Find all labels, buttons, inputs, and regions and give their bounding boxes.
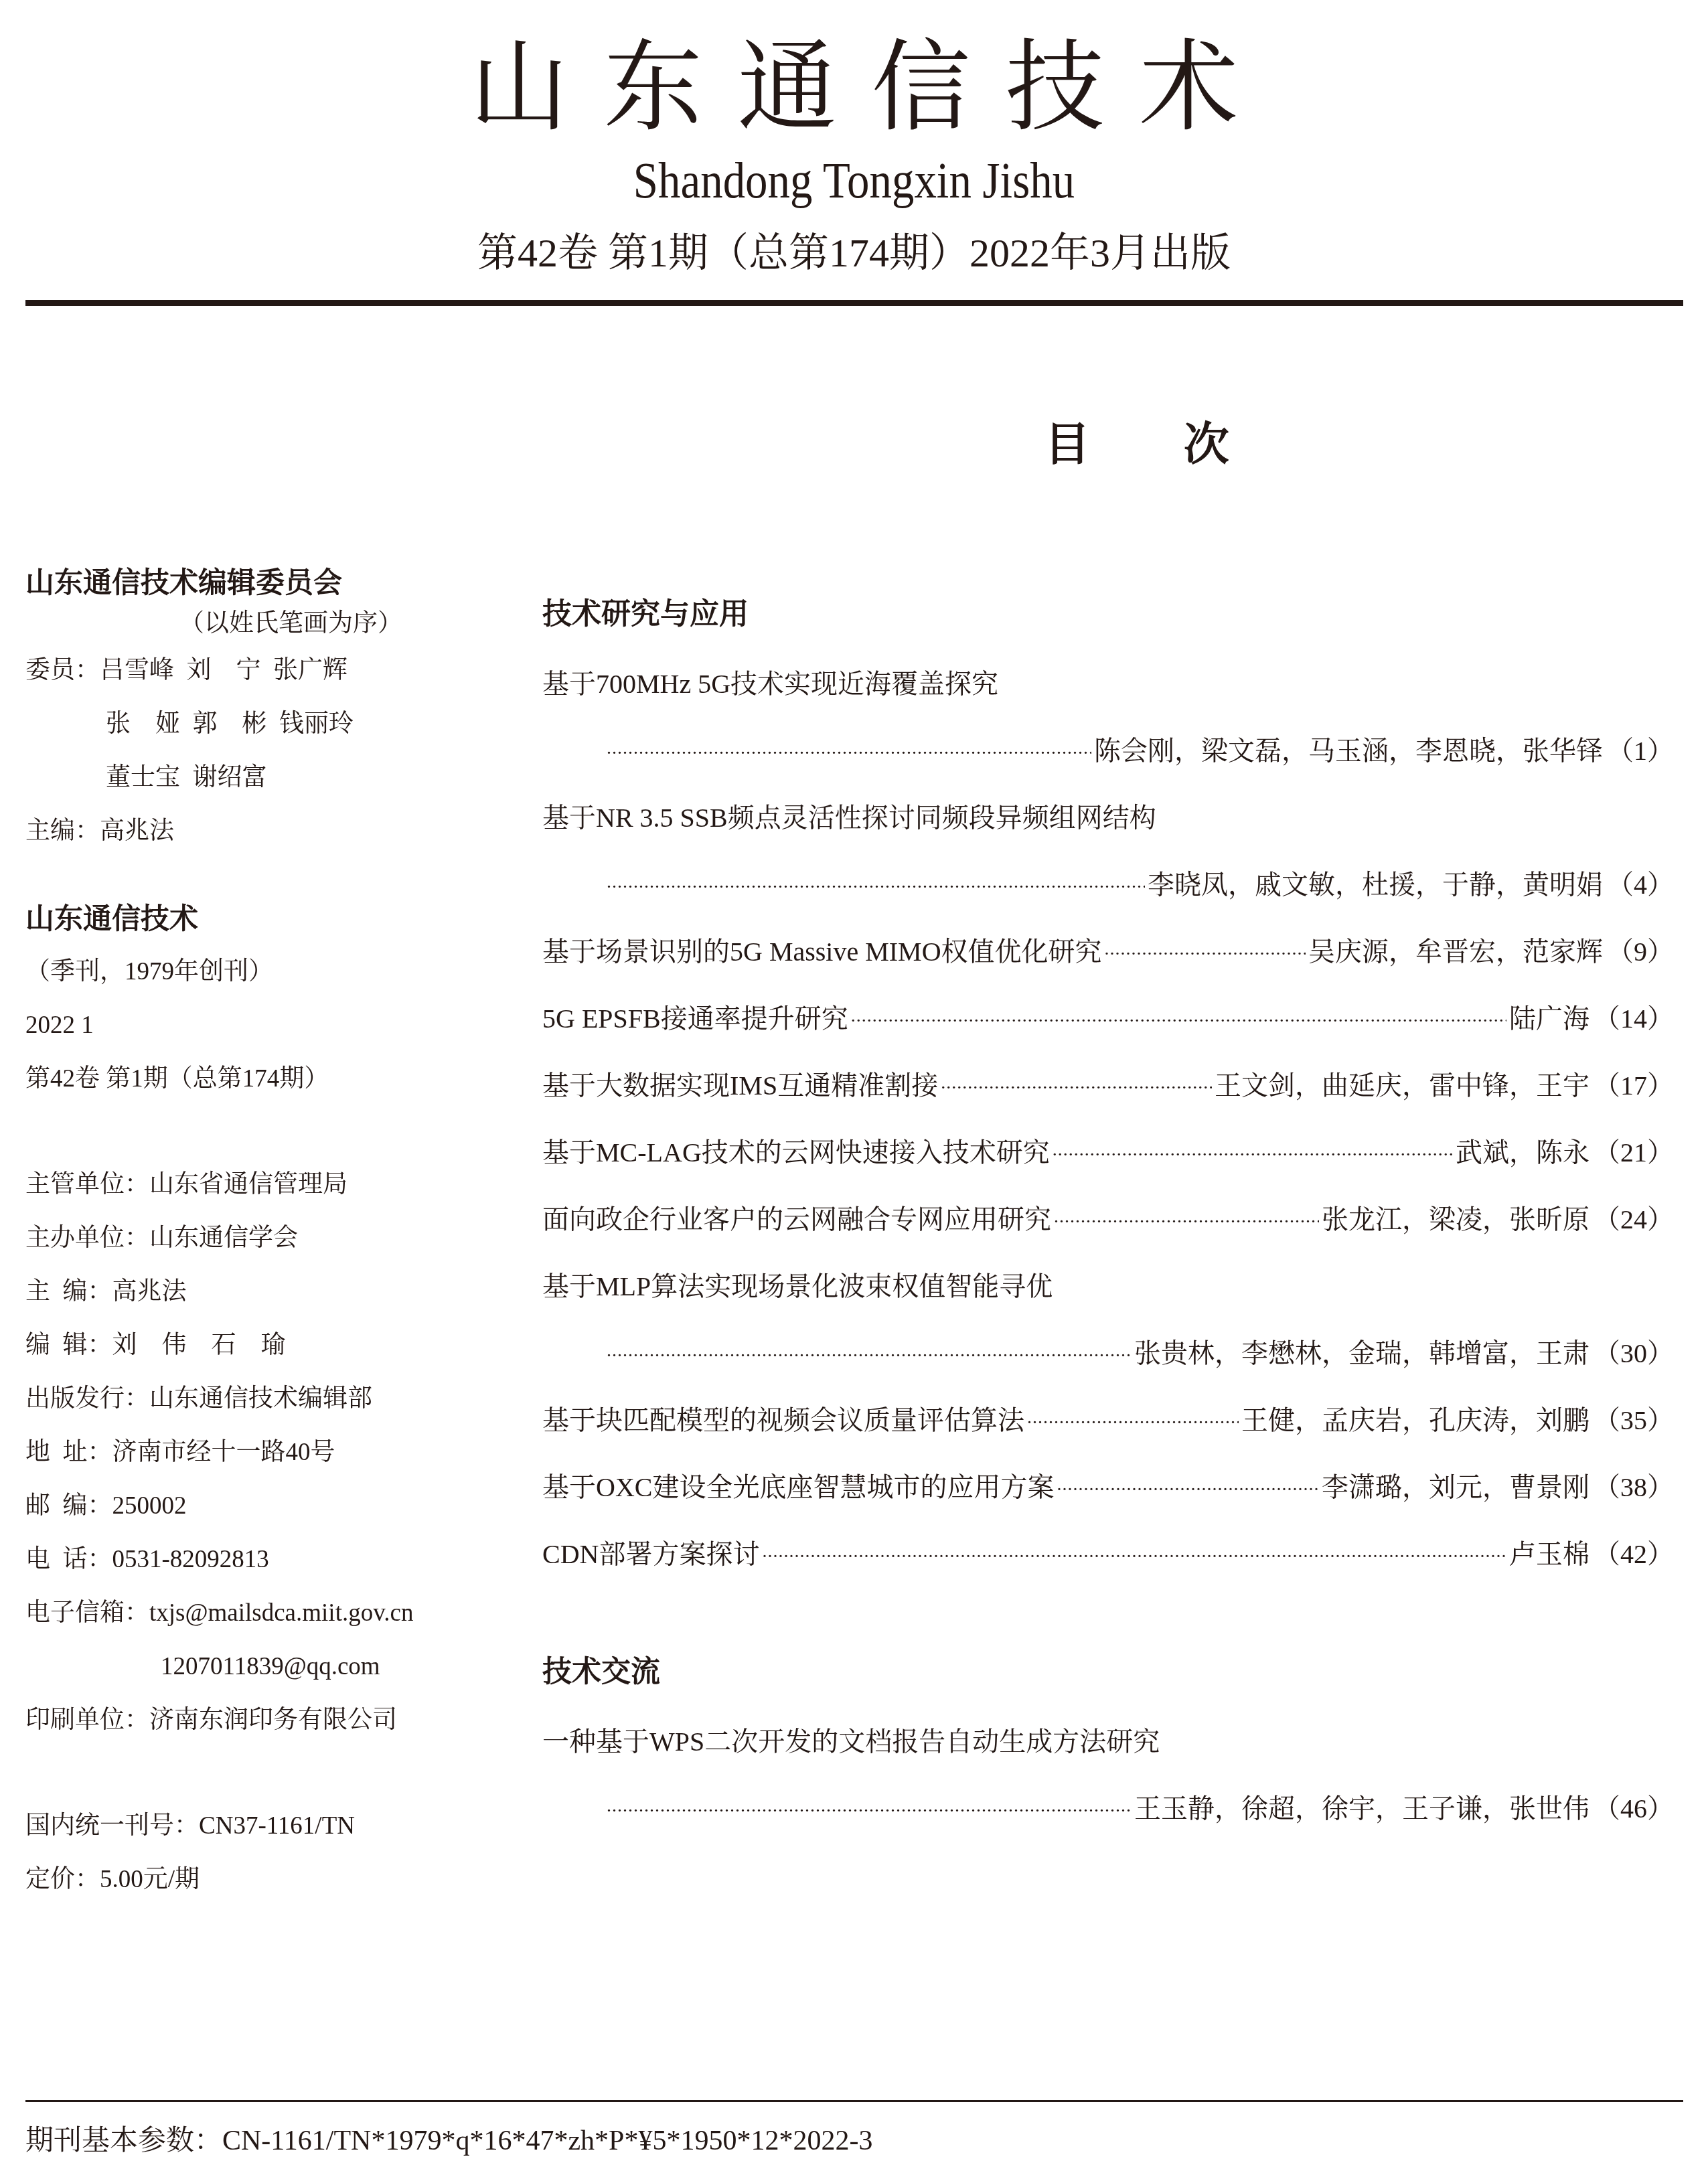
info-row: 编 辑：刘 伟 石 瑜 — [25, 1319, 508, 1372]
article-authors: 陆广海 — [1509, 997, 1589, 1036]
article-title[interactable]: 基于MC-LAG技术的云网快速接入技术研究 — [542, 1131, 1050, 1170]
info-value: 高兆法 — [112, 1279, 187, 1305]
price-row: 定价：5.00元/期 — [25, 1853, 508, 1907]
info-value: 0531-82092813 — [112, 1546, 269, 1573]
info-row: 主办单位：山东通信学会 — [25, 1212, 508, 1265]
article-authors: 王文剑，曲延庆，雷中锋，王宇 — [1215, 1064, 1589, 1103]
toc-entry[interactable]: 基于大数据实现IMS互通精准割接 王文剑，曲延庆，雷中锋，王宇（17） — [542, 1050, 1674, 1117]
toc-entry-title[interactable]: 基于MLP算法实现场景化波束权值智能寻优 — [542, 1251, 1674, 1317]
committee-members-row: 董士宝 谢绍富 — [25, 751, 508, 805]
table-of-contents: 技术研究与应用 基于700MHz 5G技术实现近海覆盖探究 陈会刚，梁文磊，马玉… — [542, 581, 1674, 1840]
toc-entry[interactable]: 基于场景识别的5G Massive MIMO权值优化研究吴庆源，牟晋宏，范家辉（… — [542, 916, 1674, 983]
committee-chief-editor: 主编： 高兆法 — [25, 805, 508, 858]
chief-editor-label: 主编： — [25, 818, 100, 845]
article-page: （46） — [1594, 1787, 1674, 1826]
info-label: 编 辑： — [25, 1332, 112, 1359]
toc-entry-byline: 张贵林，李懋林，金瑞，韩增富，王肃（30） — [542, 1317, 1674, 1384]
article-page: （17） — [1594, 1064, 1674, 1103]
article-title[interactable]: 基于NR 3.5 SSB频点灵活性探讨同频段异频组网结构 — [542, 797, 1156, 835]
info-row: 印刷单位：济南东润印务有限公司 — [25, 1694, 508, 1747]
toc-entry[interactable]: 5G EPSFB接通率提升研究陆广海（14） — [542, 983, 1674, 1050]
article-authors: 张贵林，李懋林，金瑞，韩增富，王肃 — [1134, 1332, 1589, 1370]
leader-dots — [1105, 936, 1306, 963]
info-value: 刘 伟 石 瑜 — [112, 1332, 286, 1359]
leader-dots — [1054, 1204, 1319, 1230]
toc-entry[interactable]: 基于MC-LAG技术的云网快速接入技术研究武斌，陈永（21） — [542, 1117, 1674, 1184]
header-rule — [25, 300, 1683, 306]
info-value: 济南市经十一路40号 — [112, 1439, 335, 1466]
chief-editor-name: 高兆法 — [100, 818, 174, 845]
committee-heading: 山东通信技术编辑委员会 — [25, 562, 508, 604]
article-page: （1） — [1607, 730, 1674, 768]
toc-entry-byline: 李晓凤，戚文敏，杜援，于静，黄明娟（4） — [542, 849, 1674, 916]
info-value: 250002 — [112, 1493, 187, 1520]
info-row-email: 1207011839@qq.com — [25, 1640, 508, 1694]
info-row: 出版发行：山东通信技术编辑部 — [25, 1372, 508, 1426]
toc-entry-title[interactable]: 基于700MHz 5G技术实现近海覆盖探究 — [542, 648, 1674, 715]
info-row: 电 话：0531-82092813 — [25, 1533, 508, 1587]
info-row: 邮 编：250002 — [25, 1479, 508, 1533]
journal-frequency: （季刊，1979年创刊） — [25, 945, 508, 999]
article-page: （9） — [1607, 931, 1674, 969]
price-label: 定价： — [25, 1866, 100, 1893]
article-title[interactable]: 5G EPSFB接通率提升研究 — [542, 997, 848, 1036]
info-label: 电 话： — [25, 1546, 112, 1573]
article-authors: 吴庆源，牟晋宏，范家辉 — [1308, 931, 1603, 969]
info-row: 主 编：高兆法 — [25, 1265, 508, 1319]
toc-entry-title[interactable]: 一种基于WPS二次开发的文档报告自动生成方法研究 — [542, 1706, 1674, 1773]
article-title[interactable]: 面向政企行业客户的云网融合专网应用研究 — [542, 1198, 1051, 1236]
info-value: 山东通信学会 — [149, 1225, 298, 1252]
committee-members-row: 张 娅 郭 彬 钱丽玲 — [25, 698, 508, 751]
members-label: 委员： — [25, 657, 100, 684]
toc-entry-title[interactable]: 基于NR 3.5 SSB频点灵活性探讨同频段异频组网结构 — [542, 782, 1674, 849]
article-authors: 武斌，陈永 — [1456, 1131, 1589, 1170]
leader-dots — [1053, 1137, 1453, 1163]
toc-entry[interactable]: 基于块匹配模型的视频会议质量评估算法 王健，孟庆岩，孔庆涛，刘鹏（35） — [542, 1384, 1674, 1451]
leader-dots — [1027, 1404, 1239, 1431]
toc-entry-byline: 陈会刚，梁文磊，马玉涵，李恩晓，张华铎（1） — [542, 715, 1674, 782]
leader-dots — [607, 1338, 1132, 1364]
article-title[interactable]: 基于块匹配模型的视频会议质量评估算法 — [542, 1399, 1024, 1437]
info-row: 地 址：济南市经十一路40号 — [25, 1426, 508, 1479]
info-label: 主 编： — [25, 1279, 112, 1305]
leader-dots — [762, 1538, 1506, 1565]
issn-row: 国内统一刊号：CN37-1161/TN — [25, 1799, 508, 1853]
article-authors: 李晓凤，戚文敏，杜援，于静，黄明娟 — [1148, 864, 1603, 902]
email-primary: txjs@mailsdca.miit.gov.cn — [149, 1600, 413, 1627]
toc-entry[interactable]: 面向政企行业客户的云网融合专网应用研究张龙江，梁凌，张昕原（24） — [542, 1184, 1674, 1251]
article-page: （21） — [1594, 1131, 1674, 1170]
article-page: （38） — [1594, 1466, 1674, 1504]
journal-heading: 山东通信技术 — [25, 898, 508, 945]
article-title[interactable]: CDN部署方案探讨 — [542, 1533, 759, 1571]
section-heading: 技术交流 — [542, 1639, 1674, 1706]
article-authors: 李潇璐，刘元，曹景刚 — [1322, 1466, 1589, 1504]
info-value: 山东省通信管理局 — [149, 1172, 347, 1198]
article-title[interactable]: 基于MLP算法实现场景化波束权值智能寻优 — [542, 1265, 1053, 1303]
committee-members-row: 委员： 吕雪峰 刘 宁 张广辉 — [25, 644, 508, 698]
article-page: （42） — [1594, 1533, 1674, 1571]
members-names: 吕雪峰 刘 宁 张广辉 — [100, 657, 347, 684]
toc-entry[interactable]: 基于OXC建设全光底座智慧城市的应用方案 李潇璐，刘元，曹景刚（38） — [542, 1451, 1674, 1518]
section-heading: 技术研究与应用 — [542, 581, 1674, 648]
article-page: （24） — [1594, 1198, 1674, 1236]
article-authors: 王玉静，徐超，徐宇，王子谦，张世伟 — [1134, 1787, 1589, 1826]
article-page: （4） — [1607, 864, 1674, 902]
info-label: 出版发行： — [25, 1386, 149, 1413]
committee-note: （以姓氏笔画为序） — [25, 604, 508, 644]
article-title[interactable]: 基于场景识别的5G Massive MIMO权值优化研究 — [542, 931, 1102, 969]
toc-entry-byline: 王玉静，徐超，徐宇，王子谦，张世伟（46） — [542, 1773, 1674, 1840]
article-page: （30） — [1594, 1332, 1674, 1370]
footer-rule — [25, 2100, 1683, 2102]
leader-dots — [607, 1793, 1132, 1820]
masthead-info-column: 山东通信技术编辑委员会 （以姓氏笔画为序） 委员： 吕雪峰 刘 宁 张广辉 张 … — [25, 562, 508, 1907]
article-title[interactable]: 基于大数据实现IMS互通精准割接 — [542, 1064, 938, 1103]
issn-label: 国内统一刊号： — [25, 1813, 199, 1840]
info-label: 电子信箱： — [25, 1600, 149, 1627]
article-authors: 陈会刚，梁文磊，马玉涵，李恩晓，张华铎 — [1094, 730, 1603, 768]
journal-title-en: Shandong Tongxin Jishu — [102, 151, 1606, 211]
article-title[interactable]: 基于OXC建设全光底座智慧城市的应用方案 — [542, 1466, 1054, 1504]
article-authors: 卢玉棉 — [1509, 1533, 1589, 1571]
email-secondary: 1207011839@qq.com — [161, 1654, 380, 1680]
article-authors: 王健，孟庆岩，孔庆涛，刘鹏 — [1241, 1399, 1589, 1437]
article-page: （35） — [1594, 1399, 1674, 1437]
journal-parameters: 期刊基本参数：CN-1161/TN*1979*q*16*47*zh*P*¥5*1… — [25, 2121, 872, 2161]
article-authors: 张龙江，梁凌，张昕原 — [1322, 1198, 1589, 1236]
journal-title-cn: 山东通信技术 — [0, 27, 1708, 147]
leader-dots — [851, 1003, 1506, 1030]
article-title[interactable]: 基于700MHz 5G技术实现近海覆盖探究 — [542, 663, 998, 701]
journal-year-issue: 2022 1 — [25, 999, 508, 1052]
leader-dots — [607, 735, 1091, 762]
info-value: 山东通信技术编辑部 — [149, 1386, 372, 1413]
leader-dots — [941, 1070, 1212, 1097]
info-label: 主办单位： — [25, 1225, 149, 1252]
journal-volume-issue: 第42卷 第1期（总第174期） — [25, 1052, 508, 1106]
info-label: 主管单位： — [25, 1172, 149, 1198]
issue-line: 第42卷 第1期（总第174期）2022年3月出版 — [0, 228, 1708, 278]
info-label: 地 址： — [25, 1439, 112, 1466]
info-label: 印刷单位： — [25, 1707, 149, 1734]
article-page: （14） — [1594, 997, 1674, 1036]
toc-entry[interactable]: CDN部署方案探讨卢玉棉（42） — [542, 1518, 1674, 1585]
issn-value: CN37-1161/TN — [199, 1813, 355, 1840]
leader-dots — [607, 869, 1145, 896]
leader-dots — [1057, 1471, 1319, 1498]
info-label: 邮 编： — [25, 1493, 112, 1520]
toc-heading: 目 次 — [1044, 415, 1268, 475]
info-row-email: 电子信箱：txjs@mailsdca.miit.gov.cn — [25, 1587, 508, 1640]
info-value: 济南东润印务有限公司 — [149, 1707, 397, 1734]
info-row: 主管单位：山东省通信管理局 — [25, 1158, 508, 1212]
article-title[interactable]: 一种基于WPS二次开发的文档报告自动生成方法研究 — [542, 1720, 1160, 1759]
price-value: 5.00元/期 — [100, 1866, 200, 1893]
